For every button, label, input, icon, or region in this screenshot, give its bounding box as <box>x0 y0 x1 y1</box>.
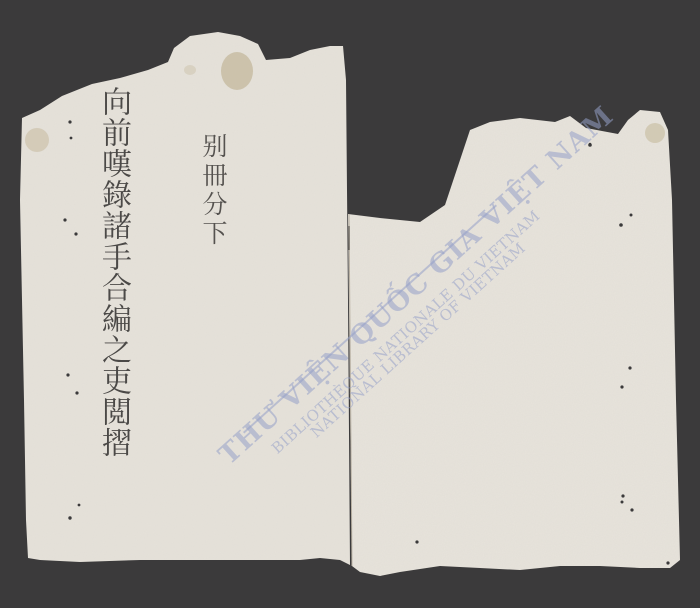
manuscript-side-note: 别冊分下 <box>195 133 231 249</box>
left-leaf <box>20 32 350 565</box>
manuscript-title-column: 向前嘆錄諸手合編之吏閲摺 <box>96 86 130 458</box>
scan-viewport: 向前嘆錄諸手合編之吏閲摺 别冊分下 THƯ VIỆN QUỐC GIA VIỆT… <box>0 0 700 608</box>
stain <box>221 52 253 90</box>
